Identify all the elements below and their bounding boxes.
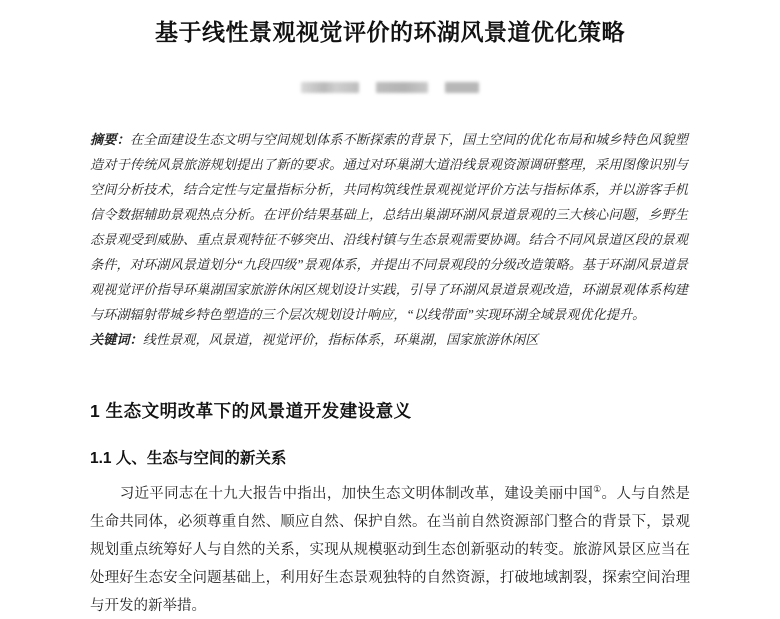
- author-line: [0, 81, 780, 94]
- paper-page: 基于线性景观视觉评价的环湖风景道优化策略 摘要：在全面建设生态文明与空间规划体系…: [0, 0, 780, 619]
- body-text-before-footnote: 习近平同志在十九大报告中指出，加快生态文明体制改革，建设美丽中国: [120, 486, 593, 502]
- paper-title: 基于线性景观视觉评价的环湖风景道优化策略: [60, 14, 720, 47]
- abstract-label: 摘要：: [90, 132, 130, 147]
- footnote-mark: ①: [593, 484, 601, 494]
- body-text-after-footnote: 。人与自然是生命共同体，必须尊重自然、顺应自然、保护自然。在当前自然资源部门整合…: [90, 486, 690, 614]
- redacted-author-1: [301, 82, 359, 93]
- keywords-line: 关键词：线性景观，风景道，视觉评价，指标体系，环巢湖，国家旅游休闲区: [90, 327, 688, 352]
- body-paragraph: 习近平同志在十九大报告中指出，加快生态文明体制改革，建设美丽中国①。人与自然是生…: [90, 480, 690, 619]
- keywords-text: 线性景观，风景道，视觉评价，指标体系，环巢湖，国家旅游休闲区: [143, 332, 539, 347]
- section-1-heading: 1 生态文明改革下的风景道开发建设意义: [90, 398, 690, 423]
- keywords-label: 关键词：: [90, 332, 143, 347]
- redacted-author-3: [445, 82, 479, 93]
- redacted-author-2: [376, 82, 428, 93]
- abstract-paragraph: 摘要：在全面建设生态文明与空间规划体系不断探索的背景下，国土空间的优化布局和城乡…: [90, 127, 688, 327]
- abstract-text: 在全面建设生态文明与空间规划体系不断探索的背景下，国土空间的优化布局和城乡特色风…: [90, 132, 688, 322]
- section-1-1-subheading: 1.1 人、生态与空间的新关系: [90, 446, 690, 468]
